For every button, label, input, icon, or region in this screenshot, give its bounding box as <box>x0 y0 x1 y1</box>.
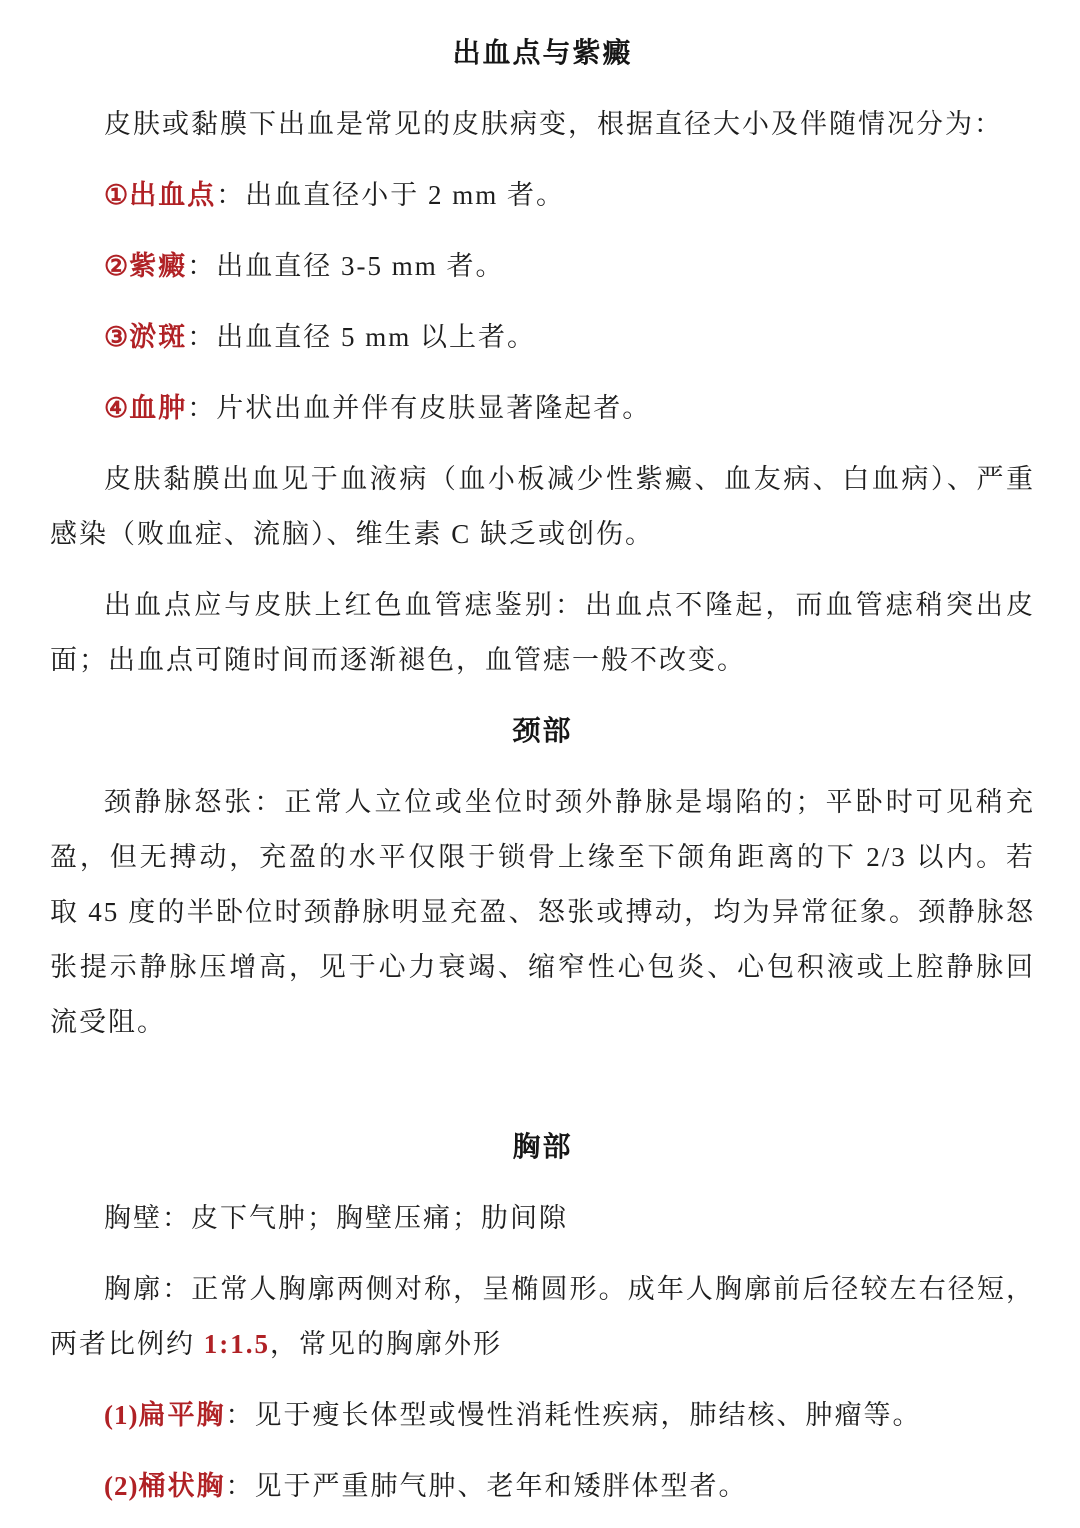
bleeding-type-item-3: ③淤斑：出血直径 5 mm 以上者。 <box>50 310 1035 365</box>
item-marker: ④ <box>104 393 129 423</box>
item-marker: ② <box>104 251 129 281</box>
doc-title: 出血点与紫癜 <box>50 26 1035 81</box>
chest-shape-item-2: (2)桶状胸：见于严重肺气肿、老年和矮胖体型者。 <box>50 1459 1035 1514</box>
item-term: 桶状胸 <box>138 1471 225 1501</box>
item-desc: 出血直径 5 mm 以上者。 <box>216 322 536 352</box>
thorax-ratio: 1:1.5 <box>204 1329 270 1359</box>
item-colon: ： <box>187 251 216 281</box>
item-marker: (2) <box>104 1471 138 1501</box>
item-desc: 见于瘦长体型或慢性消耗性疾病，肺结核、肿瘤等。 <box>254 1400 921 1430</box>
bleeding-type-item-4: ④血肿：片状出血并伴有皮肤显著隆起者。 <box>50 381 1035 436</box>
bleeding-type-item-1: ①出血点：出血直径小于 2 mm 者。 <box>50 168 1035 223</box>
item-desc: 片状出血并伴有皮肤显著隆起者。 <box>216 393 651 423</box>
item-marker: ① <box>104 180 129 210</box>
item-term: 血肿 <box>129 393 187 423</box>
bleeding-type-item-2: ②紫癜：出血直径 3-5 mm 者。 <box>50 239 1035 294</box>
chest-section-heading: 胸部 <box>50 1120 1035 1175</box>
thorax-text-before: 胸廓：正常人胸廓两侧对称，呈椭圆形。成年人胸廓前后径较左右径短，两者比例约 <box>50 1274 1035 1359</box>
chest-shape-item-1: (1)扁平胸：见于瘦长体型或慢性消耗性疾病，肺结核、肿瘤等。 <box>50 1388 1035 1443</box>
item-desc: 出血直径小于 2 mm 者。 <box>245 180 565 210</box>
chest-wall-line: 胸壁：皮下气肿；胸壁压痛；肋间隙 <box>50 1191 1035 1246</box>
item-marker: (1) <box>104 1400 138 1430</box>
item-colon: ： <box>225 1400 254 1430</box>
differentiation-paragraph: 出血点应与皮肤上红色血管痣鉴别：出血点不隆起，而血管痣稍突出皮面；出血点可随时间… <box>50 578 1035 688</box>
item-term: 紫癜 <box>129 251 187 281</box>
item-term: 出血点 <box>129 180 216 210</box>
neck-paragraph: 颈静脉怒张：正常人立位或坐位时颈外静脉是塌陷的；平卧时可见稍充盈，但无搏动，充盈… <box>50 775 1035 1050</box>
causes-paragraph: 皮肤黏膜出血见于血液病（血小板减少性紫癜、血友病、白血病）、严重感染（败血症、流… <box>50 452 1035 562</box>
item-desc: 出血直径 3-5 mm 者。 <box>216 251 504 281</box>
item-marker: ③ <box>104 322 129 352</box>
item-colon: ： <box>187 393 216 423</box>
intro-paragraph: 皮肤或黏膜下出血是常见的皮肤病变，根据直径大小及伴随情况分为： <box>50 97 1035 152</box>
item-desc: 见于严重肺气肿、老年和矮胖体型者。 <box>254 1471 747 1501</box>
thorax-paragraph: 胸廓：正常人胸廓两侧对称，呈椭圆形。成年人胸廓前后径较左右径短，两者比例约 1:… <box>50 1262 1035 1372</box>
item-colon: ： <box>187 322 216 352</box>
item-term: 扁平胸 <box>138 1400 225 1430</box>
item-term: 淤斑 <box>129 322 187 352</box>
thorax-text-after: ，常见的胸廓外形 <box>270 1329 502 1359</box>
item-colon: ： <box>225 1471 254 1501</box>
document-page: { "page": { "title": "出血点与紫癜", "colors":… <box>0 0 1080 1528</box>
neck-section-heading: 颈部 <box>50 704 1035 759</box>
item-colon: ： <box>216 180 245 210</box>
